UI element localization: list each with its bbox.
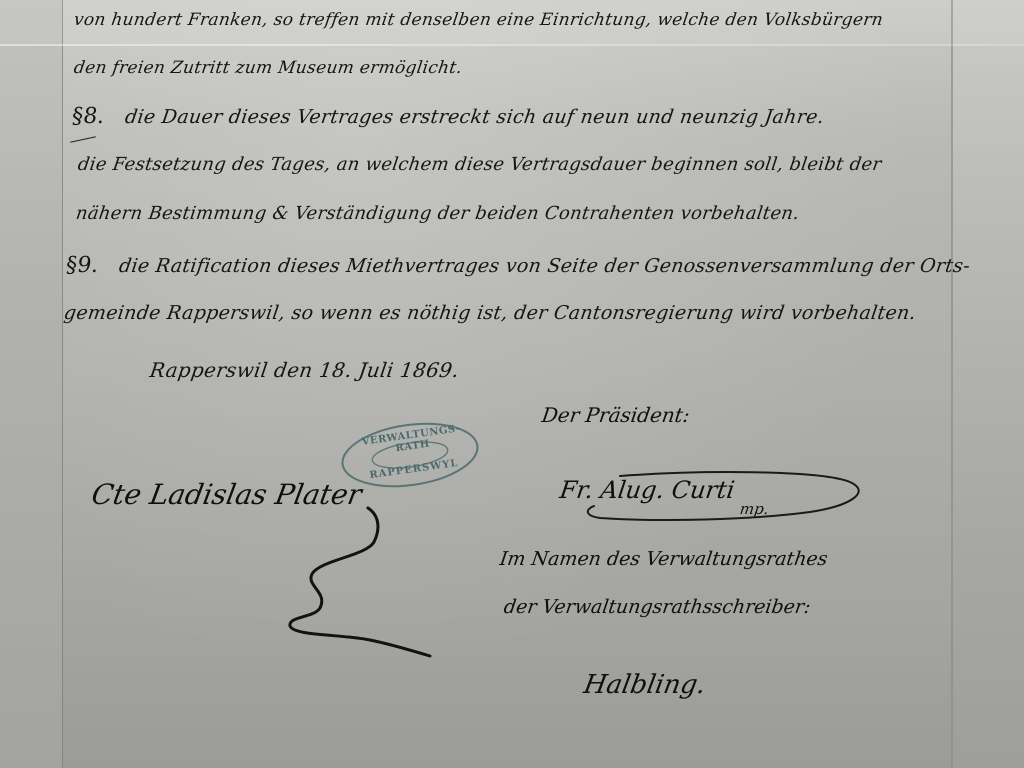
dateline: Rapperswil den 18. Juli 1869. [148, 358, 460, 382]
body-line-1: von hundert Franken, so treffen mit dens… [73, 10, 885, 30]
body-line-2: den freien Zutritt zum Museum ermöglicht… [73, 58, 464, 78]
underlying-page-left [0, 0, 62, 768]
body-line-5: nähern Bestimmung & Verständigung der be… [75, 203, 801, 224]
president-label: Der Präsident: [540, 403, 691, 427]
page-fold-right [951, 0, 953, 768]
body-line-6: die Ratification dieses Miethvertrages v… [118, 255, 972, 277]
section-9-line: §9. die Ratification dieses Miethvertrag… [64, 253, 972, 278]
president-paraph-icon [580, 466, 870, 532]
section-8-line: §8. die Dauer dieses Vertrages erstreckt… [70, 104, 826, 129]
section-9-mark: §9. [64, 253, 100, 278]
signature-flourish-icon [280, 500, 440, 660]
admin-line-1: Im Namen des Verwaltungsrathes [498, 548, 829, 570]
body-line-4: die Festsetzung des Tages, an welchem di… [77, 154, 883, 175]
body-line-7: gemeinde Rapperswil, so wenn es nöthig i… [62, 302, 917, 324]
admin-line-2: der Verwaltungsrathsschreiber: [502, 596, 812, 618]
underlying-page-right [952, 0, 1024, 768]
page-margin-edge [62, 0, 63, 768]
section-8-underline [70, 136, 96, 142]
page-fold-top [0, 44, 1024, 46]
clerk-signature: Halbling. [581, 670, 708, 700]
section-8-mark: §8. [70, 104, 106, 129]
body-line-3: die Dauer dieses Vertrages erstreckt sic… [124, 106, 826, 128]
document-photo: von hundert Franken, so treffen mit dens… [0, 0, 1024, 768]
